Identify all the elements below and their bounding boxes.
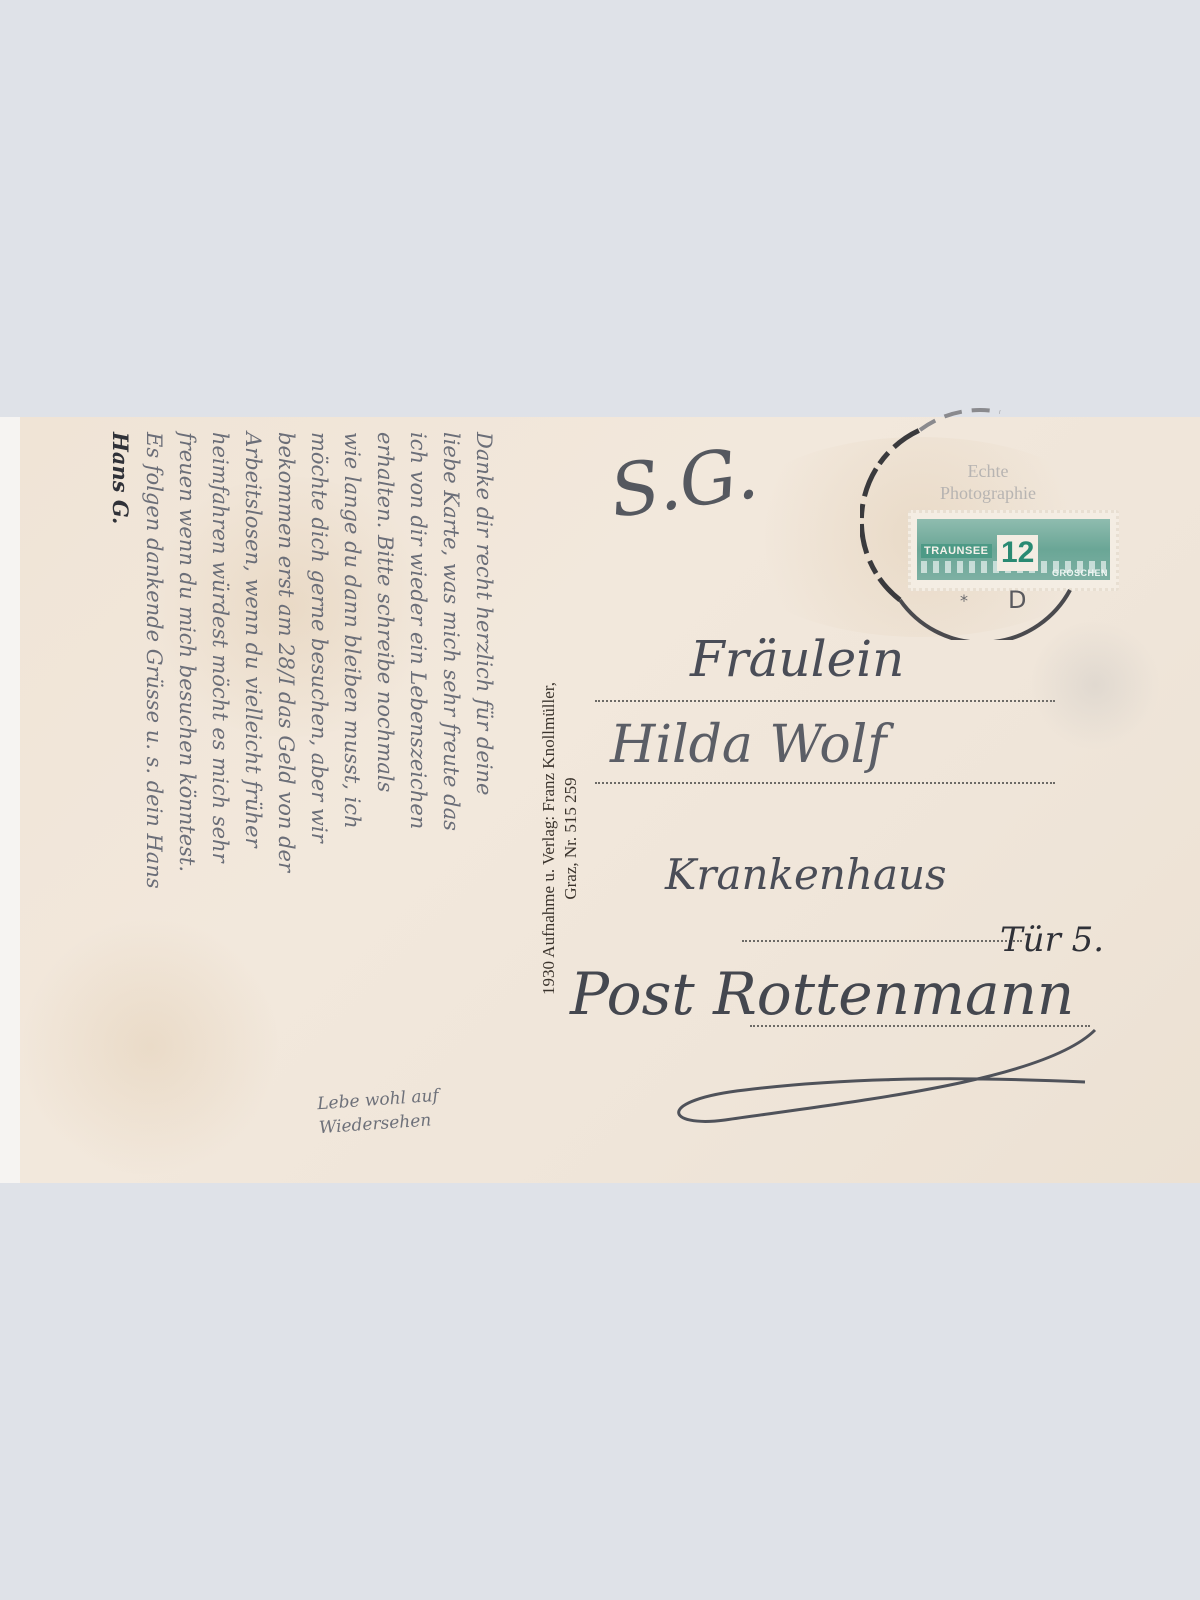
address-place: Krankenhaus bbox=[665, 850, 947, 899]
message-line: ich von dir wieder ein Lebenszeichen bbox=[401, 432, 434, 1172]
svg-text:D: D bbox=[1008, 586, 1026, 614]
message-line: liebe Karte, was mich sehr freute das bbox=[434, 432, 467, 1172]
message-line: bekommen erst am 28/I das Geld von der bbox=[269, 432, 302, 1172]
message-line: erhalten. Bitte schreibe nochmals bbox=[368, 432, 401, 1172]
underline-flourish bbox=[665, 1020, 1105, 1130]
publisher-line: Graz, Nr. 515 259 bbox=[560, 682, 582, 995]
postmark-cancellation: D * bbox=[860, 400, 1100, 640]
address-line-divider bbox=[595, 782, 1055, 784]
message-line: Danke dir recht herzlich für deine bbox=[467, 432, 500, 1172]
publisher-line: 1930 Aufnahme u. Verlag: Franz Knollmüll… bbox=[538, 682, 560, 995]
message-line: Es folgen dankende Grüsse u. s. dein Han… bbox=[137, 432, 170, 1172]
flourish-stroke bbox=[665, 1020, 1105, 1130]
postmark-ring-icon: D * bbox=[860, 400, 1100, 640]
message-signature: Hans G. bbox=[104, 432, 137, 1172]
scan-edge bbox=[0, 417, 20, 1183]
svg-text:*: * bbox=[960, 591, 968, 610]
publisher-imprint: 1930 Aufnahme u. Verlag: Franz Knollmüll… bbox=[538, 682, 582, 995]
address-city: Post Rottenmann bbox=[570, 960, 1074, 1028]
address-line-divider bbox=[742, 940, 1022, 942]
message-line: möchte dich gerne besuchen, aber wir bbox=[302, 432, 335, 1172]
farewell-note: Lebe wohl auf Wiedersehen bbox=[316, 1084, 441, 1140]
message-line: freuen wenn du mich besuchen könntest. bbox=[170, 432, 203, 1172]
address-line-divider bbox=[595, 700, 1055, 702]
address-name: Hilda Wolf bbox=[610, 715, 887, 775]
message-line: heimfahren würdest möcht es mich sehr bbox=[203, 432, 236, 1172]
message-line: Arbeitslosen, wenn du vielleicht früher bbox=[236, 432, 269, 1172]
address-room: Tür 5. bbox=[1000, 920, 1104, 960]
handwritten-message: Danke dir recht herzlich für deine liebe… bbox=[104, 432, 500, 1172]
message-line: wie lange du dann bleiben musst, ich bbox=[335, 432, 368, 1172]
